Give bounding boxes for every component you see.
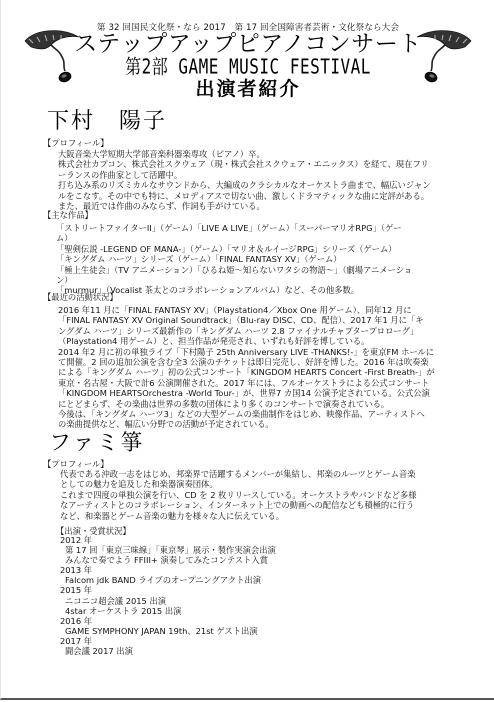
section-label-activities: 【最近の活動状況】 bbox=[43, 292, 118, 302]
text-line: 打ち込み系のリズミカルなサウンドから、大編成のクラシカルなオーケストラ曲まで、幅… bbox=[58, 180, 431, 190]
history-item: ニコニコ超会議 2015 出演 bbox=[60, 596, 276, 606]
text-line: 「極上生徒会」（TV アニメーション）「ひるね姫〜知らないワタシの物語〜」（劇場… bbox=[56, 265, 412, 275]
text-line: 「KINGDOM HEARTSOrchestra -World Tour-」が、… bbox=[58, 388, 435, 398]
text-line: て開催。2 回の追加公演を含む全3 公演のチケットは即日完売し、好評を博した。2… bbox=[58, 357, 435, 367]
history-item: Falcom jdk BAND ライブのオープニングアクト出演 bbox=[60, 575, 276, 585]
section-label-profile: 【プロフィール】 bbox=[43, 138, 109, 148]
text-line: また、最近では作曲のみならず、作詞も手がけている。 bbox=[58, 201, 431, 211]
profile-text: 大阪音楽大学短期大学部音楽科器楽専攻（ピアノ）卒。 株式会社カプコン、株式会社ス… bbox=[58, 149, 431, 211]
profile-text: 代表である沖政一志をはじめ、邦楽界で活躍するメンバーが集結し、邦楽のルーツとゲー… bbox=[60, 469, 417, 521]
text-line: にとどまらず、その楽曲は世界の多数の団体により多くのコンサートで演奏されている。 bbox=[58, 399, 435, 409]
text-line: 「ストリートファイターII」（ゲーム）「LIVE A LIVE」（ゲーム）「スー… bbox=[56, 223, 412, 233]
text-line: による「キングダム ハーツ」初の公式コンサート「KINGDOM HEARTS C… bbox=[58, 367, 435, 377]
text-line: ン） bbox=[56, 275, 412, 285]
text-line: 大阪音楽大学短期大学部音楽科器楽専攻（ピアノ）卒。 bbox=[58, 149, 431, 159]
text-line: なアーティストとのコラボレーション、インターネット上での動画への配信なども積極的… bbox=[60, 500, 417, 510]
text-line: 代表である沖政一志をはじめ、邦楽界で活躍するメンバーが集結し、邦楽のルーツとゲー… bbox=[60, 469, 417, 479]
section-label-profile: 【プロフィール】 bbox=[43, 459, 109, 469]
history-list: 2012 年 第 17 回「東京三味線」「東京琴」展示・製作実演会出演 みんなで… bbox=[60, 535, 276, 656]
text-line: 「キングダム ハーツ」シリーズ（ゲーム）「FINAL FANTASY XV」（ゲ… bbox=[56, 254, 412, 264]
history-item: みんなで奏でよう FFIII+ 演奏してみたコンテスト入賞 bbox=[60, 555, 276, 565]
part-title: 第2部 GAME MUSIC FESTIVAL bbox=[1, 56, 494, 79]
text-line: 東京・名古屋・大阪で計6 公演開催された。2017 年には、フルオーケストラによ… bbox=[58, 378, 435, 388]
page-header: 第 32 回国民文化祭・なら 2017 第 17 回全国障害者芸術・文化祭なら大… bbox=[1, 0, 494, 100]
text-line: 2014 年2 月に初の単独ライブ「下村陽子 25th Anniversary … bbox=[58, 347, 435, 357]
activities-text: 2016 年11 月に「FINAL FANTASY XV」（Playstatio… bbox=[58, 305, 435, 430]
concert-title: ステップアップピアノコンサート bbox=[1, 31, 494, 57]
text-line: など、和楽器とゲーム音楽の魅力を様々な人に伝えている。 bbox=[60, 511, 417, 521]
text-line: ム） bbox=[56, 233, 412, 243]
text-line: ルをこなす。その中でも特に、メロディアスで切ない曲、激しくドラマティックな曲に定… bbox=[58, 191, 431, 201]
history-year: 2016 年 bbox=[60, 616, 276, 626]
history-year: 2013 年 bbox=[60, 565, 276, 575]
text-line: 「聖剣伝説 -LEGEND OF MANA-」（ゲーム）「マリオ＆ルイージRPG… bbox=[56, 244, 412, 254]
history-item: 4star オーケストラ 2015 出演 bbox=[60, 606, 276, 616]
text-line: 株式会社カプコン、株式会社スクウェア（現・株式会社スクウェア・エニックス）を経て… bbox=[58, 159, 431, 169]
artist-name: ファミ箏 bbox=[49, 432, 145, 456]
text-line: の楽曲提供など、幅広い分野での活動が予定されている。 bbox=[58, 419, 435, 429]
history-item: 第 17 回「東京三味線」「東京琴」展示・製作実演会出演 bbox=[60, 545, 276, 555]
section-label-works: 【主な作品】 bbox=[43, 210, 93, 220]
text-line: （Playstation4 用ゲーム）と、担当作品が発売され、いずれも好評を博し… bbox=[58, 336, 435, 346]
history-year: 2015 年 bbox=[60, 585, 276, 595]
history-item: GAME SYMPHONY JAPAN 19th、21st ゲスト出演 bbox=[60, 626, 276, 636]
artist-name: 下村 陽子 bbox=[47, 110, 167, 134]
text-line: 今後は、「キングダム ハーツ3」などの大型ゲームの楽曲制作をはじめ、映像作品、ア… bbox=[58, 409, 435, 419]
text-line: としての魅力を追及した和楽器演奏団体。 bbox=[60, 479, 417, 489]
text-line: 「FINAL FANTASY XV Original Soundtrack」（B… bbox=[58, 315, 435, 325]
text-line: ーランスの作曲家として活躍中。 bbox=[58, 170, 431, 180]
text-line: ングダム ハーツ」シリーズ最新作の「キングダム ハーツ 2.8 ファイナルチャプ… bbox=[58, 326, 435, 336]
works-text: 「ストリートファイターII」（ゲーム）「LIVE A LIVE」（ゲーム）「スー… bbox=[56, 223, 412, 296]
text-line: これまで四度の単独公演を行い、CD を 2 枚リリースしている。オーケストラやバ… bbox=[60, 490, 417, 500]
document-page: 第 32 回国民文化祭・なら 2017 第 17 回全国障害者芸術・文化祭なら大… bbox=[0, 0, 494, 700]
performers-heading: 出演者紹介 bbox=[1, 78, 494, 100]
history-year: 2017 年 bbox=[60, 636, 276, 646]
text-line: 2016 年11 月に「FINAL FANTASY XV」（Playstatio… bbox=[58, 305, 435, 315]
history-item: 闘会議 2017 出演 bbox=[60, 646, 276, 656]
history-year: 2012 年 bbox=[60, 535, 276, 545]
